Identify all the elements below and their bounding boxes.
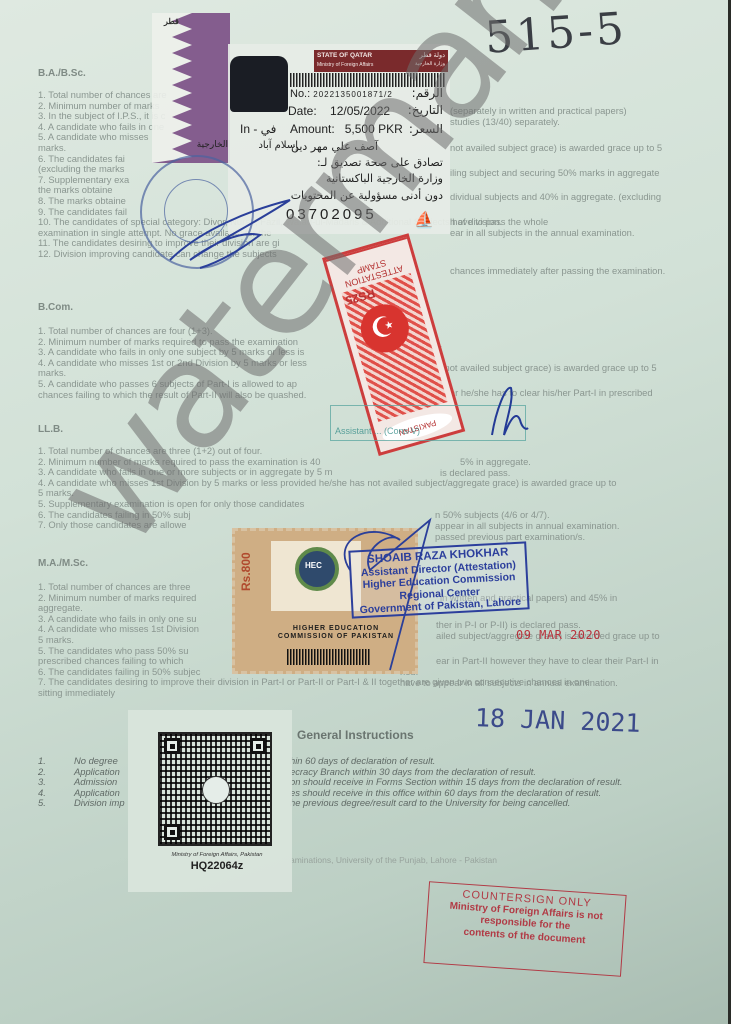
hec-stamp-value: Rs.800 (239, 552, 253, 591)
no-label: No.: (290, 88, 310, 100)
list-item: No degree (74, 756, 125, 767)
text-fragment: n 50% subjects (4/6 or 4/7). (435, 510, 550, 521)
countersign-stamp: COUNTERSIGN ONLY Ministry of Foreign Aff… (423, 881, 626, 977)
text-fragment: ever he/she has to clear his/her Part-I … (440, 388, 653, 399)
date-stamp-red: 09 MAR 2020 (516, 628, 601, 642)
signature-icon (330, 510, 450, 680)
list-item: hin 60 days of declaration of result. (290, 756, 622, 767)
text-fragment: ear in Part-II however they have to clea… (436, 656, 659, 667)
text-fragment: iling subject and securing 50% marks in … (450, 168, 660, 179)
text-fragment: ear in all subjects in the annual examin… (450, 228, 635, 239)
qr-caption: Ministry of Foreign Affairs, Pakistan (158, 852, 276, 858)
date-stamp-blue: 18 JAN 2021 (475, 703, 641, 738)
section-title-ma-msc: M.A./M.Sc. (38, 558, 88, 569)
redacted-block (230, 56, 288, 112)
in-label: In - في (240, 122, 276, 136)
text-fragment: appear in all subjects in annual examina… (435, 521, 620, 532)
gi-numbers: 1. 2. 3. 4. 5. (38, 756, 46, 809)
list-number: 1. (38, 756, 46, 767)
qr-emblem-icon (202, 776, 230, 804)
flag-serration-icon (152, 13, 192, 163)
text-fragment: is declared pass. (440, 468, 510, 479)
text-fragment: 5% in aggregate. (460, 457, 531, 468)
general-instructions-title: General Instructions (297, 728, 414, 742)
qr-code-text: HQ22064z (158, 860, 276, 872)
scanned-document: 515-5 B.A./B.Sc. 1. Total number of chan… (0, 0, 728, 1024)
text-fragment: dividual subjects and 40% in aggregate. … (450, 192, 661, 203)
text-fragment: as not availed subject grace) is awarded… (432, 363, 657, 374)
hec-logo-text: HEC (305, 561, 322, 570)
gi-right-fragments: hin 60 days of declaration of result. ec… (290, 756, 622, 809)
section-title-ba-bsc: B.A./B.Sc. (38, 68, 86, 79)
list-number: 5. (38, 798, 46, 809)
text-fragment: passed previous part examination/s. (435, 532, 585, 543)
qr-finder-icon (164, 824, 180, 840)
section-title-bcom: B.Com. (38, 302, 73, 313)
dept-ar: الخارجية (197, 140, 228, 150)
text-fragment: h of division. (450, 217, 502, 228)
list-item: he previous degree/result card to the Un… (290, 798, 622, 809)
qr-code-icon[interactable] (158, 732, 272, 846)
footer-text: aminations, University of the Punjab, La… (290, 855, 497, 865)
qr-finder-icon (250, 738, 266, 754)
text-fragment: chances immediately after passing the ex… (450, 266, 665, 277)
gi-left-fragments: No degree Application Admission Applicat… (74, 756, 125, 809)
list-item: sitting immediately (38, 688, 590, 699)
list-item: Division imp (74, 798, 125, 809)
flag-label: قطر (164, 17, 179, 26)
signature-icon (486, 380, 530, 440)
qr-finder-icon (164, 738, 180, 754)
